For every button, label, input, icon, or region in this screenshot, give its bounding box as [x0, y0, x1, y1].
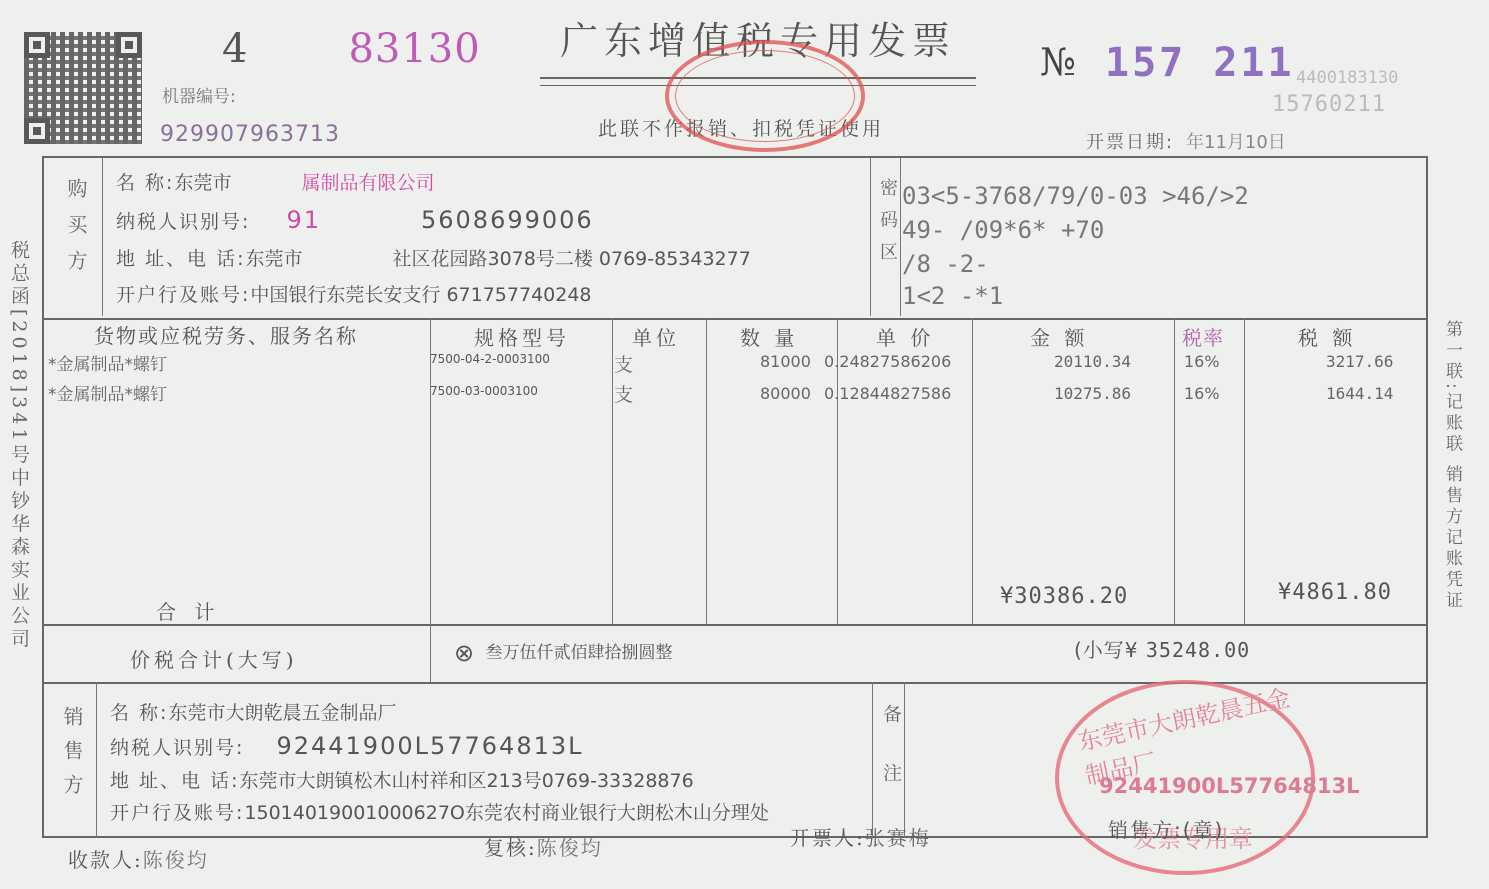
seal-tax-id: 92441900L57764813L: [1099, 774, 1360, 798]
col-header-unit-price: 单 价: [876, 322, 934, 351]
payee-label: 收款人:: [68, 848, 143, 872]
cross-circle-icon: ⊗: [454, 639, 474, 667]
cipher-line: 49- /09*6* +70: [902, 216, 1104, 244]
seller-bank-value: 15014019001000627O东莞农村商业银行大朗松木山分理处: [244, 802, 768, 824]
reviewer-value: 陈俊均: [537, 836, 603, 860]
cipher-line: 03<5-3768/79/0-03 >46/>2: [902, 182, 1249, 210]
issue-date-label: 开票日期:: [1086, 128, 1174, 154]
divider: [430, 624, 431, 682]
divider: [44, 624, 1426, 626]
buyer-name-label: 名 称:: [116, 172, 174, 194]
grand-total-lowercase: (小写¥ 35248.00: [1074, 634, 1250, 663]
item-quantity: 80000: [760, 384, 811, 403]
buyer-tax-id-tail: 5608699006: [421, 206, 594, 234]
machine-number: 929907963713: [160, 122, 340, 147]
issuer: 开票人:张赛梅: [790, 822, 931, 851]
item-amount: 10275.86: [1054, 384, 1131, 403]
item-tax: 1644.14: [1326, 384, 1393, 403]
buyer-bank-row: 开户行及账号:中国银行东莞长安支行 671757740248: [116, 280, 592, 307]
col-header-amount: 金 额: [1030, 322, 1088, 351]
printed-invoice-code: 4400183130: [1296, 68, 1398, 88]
item-amount: 20110.34: [1054, 352, 1131, 371]
invoice-code-prefix: 4: [222, 26, 248, 72]
buyer-name-row: 名 称:东莞市属制品有限公司: [116, 168, 434, 195]
col-header-tax-rate: 税率: [1182, 322, 1224, 351]
seller-section-label: 销售方: [58, 706, 87, 808]
qr-code: [24, 32, 142, 144]
buyer-name-tail: 属制品有限公司: [301, 172, 434, 194]
invoice-number: 157 211: [1105, 40, 1295, 86]
divider: [612, 318, 613, 624]
item-unit: 支: [614, 380, 633, 407]
grand-total-lowercase-value: 35248.00: [1146, 638, 1250, 662]
buyer-address-label: 地 址、电 话:: [116, 248, 245, 270]
item-tax: 3217.66: [1326, 352, 1393, 371]
machine-number-label: 机器编号:: [162, 82, 236, 107]
cipher-line: /8 -2-: [902, 250, 989, 278]
remarks-label: 备注: [878, 704, 905, 822]
seller-tax-id-row: 纳税人识别号: 92441900L57764813L: [110, 732, 584, 760]
item-name: *金属制品*螺钉: [48, 380, 167, 405]
item-spec: 7500-03-0003100: [430, 384, 538, 398]
total-amount: ¥30386.20: [1000, 584, 1128, 609]
payee-value: 陈俊均: [143, 848, 209, 872]
seller-tax-id-value: 92441900L57764813L: [276, 732, 583, 760]
buyer-section-label: 购买方: [62, 178, 91, 286]
cipher-area-label: 密码区: [874, 178, 900, 274]
reviewer: 复核:陈俊均: [484, 832, 603, 861]
issuer-value: 张赛梅: [865, 826, 931, 850]
seller-bank-label: 开户行及账号:: [110, 802, 244, 824]
payee: 收款人:陈俊均: [68, 844, 209, 873]
buyer-address-row: 地 址、电 话:东莞市社区花园路3078号二楼 0769-85343277: [116, 244, 751, 271]
seller-stamp-label: 销售方:(章): [1108, 814, 1224, 843]
buyer-address-tail: 社区花园路3078号二楼 0769-85343277: [393, 248, 751, 270]
grand-total-lowercase-label: (小写¥: [1074, 638, 1139, 662]
buyer-tax-id-label: 纳税人识别号:: [116, 211, 250, 233]
grand-total-label: 价税合计(大写): [130, 644, 298, 673]
printer-note: 税总函[2018]341号中钞华森实业公司: [6, 240, 33, 651]
buyer-name-value: 东莞市: [174, 172, 231, 194]
item-unit-price: 0.24827586206: [824, 352, 951, 371]
divider: [900, 158, 901, 316]
seller-address-label: 地 址、电 话:: [110, 770, 239, 792]
buyer-bank-value: 中国银行东莞长安支行 671757740248: [250, 284, 591, 306]
grand-total-uppercase-value: 叁万伍仟贰佰肆拾捌圆整: [486, 643, 673, 663]
divider: [870, 158, 871, 316]
buyer-bank-label: 开户行及账号:: [116, 284, 250, 306]
divider: [1244, 318, 1245, 624]
reviewer-label: 复核:: [484, 836, 537, 860]
divider: [872, 682, 873, 838]
seller-name-row: 名 称:东莞市大朗乾晨五金制品厂: [110, 698, 396, 725]
printed-invoice-number: 15760211: [1272, 92, 1386, 117]
col-header-tax: 税 额: [1298, 322, 1356, 351]
col-header-quantity: 数 量: [740, 322, 798, 351]
divider: [706, 318, 707, 624]
item-unit: 支: [614, 350, 633, 377]
item-tax-rate: 16%: [1184, 384, 1220, 403]
col-header-unit: 单位: [632, 322, 680, 351]
item-unit-price: 0.12844827586: [824, 384, 951, 403]
grand-total-uppercase: ⊗ 叁万伍仟贰佰肆拾捌圆整: [454, 638, 673, 667]
seller-address-row: 地 址、电 话:东莞市大朗镇松木山村祥和区213号0769-33328876: [110, 766, 694, 793]
seller-invoice-seal: 东莞市大朗乾晨五金制品厂 92441900L57764813L 发票专用章: [1055, 680, 1315, 875]
seller-name-label: 名 称:: [110, 702, 168, 724]
seller-address-value: 东莞市大朗镇松木山村祥和区213号0769-33328876: [239, 770, 693, 792]
issue-date-value: 年11月10日: [1186, 128, 1286, 154]
item-spec: 7500-04-2-0003100: [430, 352, 550, 366]
divider: [96, 682, 97, 838]
invoice-code-suffix: 83130: [348, 26, 480, 72]
cipher-line: 1<2 -*1: [902, 282, 1003, 310]
seller-name-value: 东莞市大朗乾晨五金制品厂: [168, 702, 396, 724]
invoice-code: 483130: [222, 26, 481, 72]
divider: [102, 158, 103, 316]
tax-bureau-seal: [665, 40, 865, 152]
divider: [1174, 318, 1175, 624]
number-sign: №: [1040, 40, 1076, 84]
total-label: 合 计: [156, 596, 220, 625]
copy-designation: 第一联:记账联 销售方记账凭证: [1440, 320, 1465, 612]
buyer-tax-id-row: 纳税人识别号: 915608699006: [116, 206, 594, 234]
divider: [972, 318, 973, 624]
col-header-name: 货物或应税劳务、服务名称: [94, 320, 358, 349]
seller-bank-row: 开户行及账号:15014019001000627O东莞农村商业银行大朗松木山分理…: [110, 798, 769, 825]
item-name: *金属制品*螺钉: [48, 350, 167, 375]
col-header-spec: 规格型号: [474, 322, 570, 351]
buyer-address-value: 东莞市: [245, 248, 302, 270]
buyer-tax-id-value: 91: [286, 206, 321, 234]
item-quantity: 81000: [760, 352, 811, 371]
issuer-label: 开票人:: [790, 826, 865, 850]
item-tax-rate: 16%: [1184, 352, 1220, 371]
seller-tax-id-label: 纳税人识别号:: [110, 737, 244, 759]
total-tax: ¥4861.80: [1278, 580, 1392, 605]
